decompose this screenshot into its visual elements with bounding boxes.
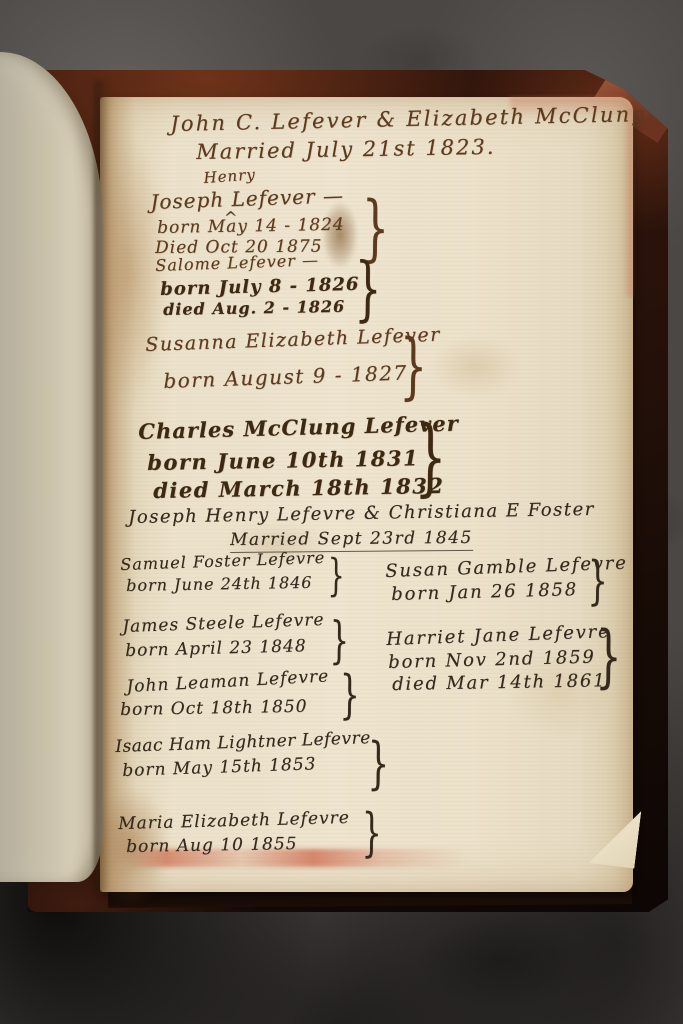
child-name: Susanna Elizabeth Lefever: [145, 325, 441, 356]
child-born: born July 8 - 1826: [160, 275, 360, 300]
flyleaf-page: [0, 52, 103, 882]
record-brace: }: [330, 617, 350, 665]
child-born: born Aug 10 1855: [126, 835, 298, 857]
child-name: Maria Elizabeth Lefevre: [118, 809, 350, 834]
register-page: John C. Lefever & Elizabeth McClung Marr…: [100, 97, 633, 892]
red-edge-stain-right: [623, 107, 633, 297]
marriage1-title: John C. Lefever & Elizabeth McClung: [170, 103, 647, 136]
record-brace: }: [414, 417, 448, 498]
child-name: Salome Lefever —: [155, 251, 319, 274]
record-brace: }: [399, 331, 428, 400]
child-born: born June 24th 1846: [126, 574, 313, 595]
record-brace: }: [339, 671, 360, 721]
inserted-name: Henry: [203, 166, 256, 186]
child-died: died March 18th 1832: [153, 474, 445, 502]
gutter-shadow: [94, 80, 110, 892]
record-brace: }: [587, 557, 608, 607]
child-died: died Mar 14th 1861: [392, 671, 607, 695]
stain-blob: [430, 337, 520, 397]
record-brace: }: [361, 809, 382, 859]
child-died: died Aug. 2 - 1826: [163, 298, 345, 319]
record-brace: }: [328, 555, 346, 597]
child-born: born Oct 18th 1850: [120, 698, 308, 720]
marriage2-title: Joseph Henry Lefevre & Christiana E Fost…: [128, 500, 595, 528]
child-name: Isaac Ham Lightner Lefevre: [115, 729, 371, 757]
record-brace: }: [595, 625, 622, 690]
child-name: Charles McClung Lefever: [138, 412, 459, 443]
marriage1-date: Married July 21st 1823.: [196, 136, 496, 164]
child-name: Harriet Jane Lefevre: [386, 622, 611, 650]
child-name: James Steele Lefevre: [122, 611, 325, 637]
child-born: born Nov 2nd 1859: [388, 648, 596, 673]
child-name: Samuel Foster Lefevre: [120, 549, 325, 574]
child-name: John Leaman Lefevre: [126, 667, 330, 696]
record-brace: }: [367, 737, 390, 791]
child-born: born Jan 26 1858: [391, 580, 578, 605]
record-brace: }: [354, 255, 382, 322]
child-born: born August 9 - 1827: [163, 361, 408, 392]
child-born: born June 10th 1831: [147, 446, 419, 474]
child-born: born May 15th 1853: [122, 755, 317, 780]
child-name: Joseph Lefever —: [150, 184, 344, 213]
child-born: born May 14 - 1824: [157, 216, 345, 238]
child-born: born April 23 1848: [125, 637, 307, 660]
